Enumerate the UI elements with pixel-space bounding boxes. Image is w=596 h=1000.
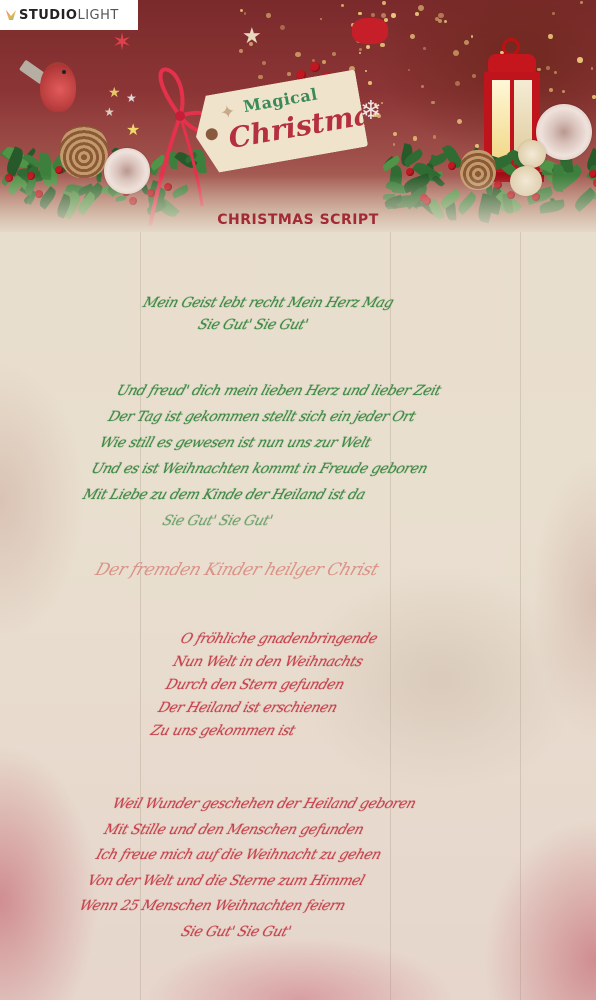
script-block-5: Weil Wunder geschehen der Heiland gebore… [67,792,419,945]
star-icon: ★ [104,106,115,118]
script-line: Durch den Stern gefunden [162,674,365,697]
script-line: Zu uns gekommen ist [147,720,350,743]
star-icon: ★ [126,92,137,104]
script-line: Mit Stille und den Menschen gefunden [100,818,411,844]
script-line: Ich freue mich auf die Weihnacht zu gehe… [92,843,403,869]
tag-hole [205,127,219,141]
script-line: Nun Welt in den Weihnachts [170,651,373,674]
berry-icon [310,62,320,72]
script-line: Der fremden Kinder heilger Christ [93,560,381,580]
script-block-3: Der fremden Kinder heilger Christ [93,560,381,580]
script-line: Mit Liebe zu dem Kinde der Heiland ist d… [79,482,422,508]
script-line: Der Heiland ist erschienen [155,697,358,720]
script-line: Und es ist Weihnachten kommt in Freude g… [88,456,431,482]
script-line: Sie Gut' Sie Gut' [133,314,389,336]
script-line: Mein Geist lebt recht Mein Herz Mag [140,292,396,314]
script-line: Wenn 25 Menschen Weihnachten feiern [75,894,386,920]
product-subtitle: Christmas script [0,212,596,228]
script-line: Und freud' dich mein lieben Herz und lie… [113,378,456,404]
star-icon: ★ [108,86,121,100]
ornament-icon [352,18,388,44]
star-icon: ✶ [112,30,132,54]
star-icon: ★ [126,122,140,138]
script-line: Sie Gut' Sie Gut' [67,920,378,946]
paper-plank-line [390,225,391,1000]
robin-bird-icon [20,58,80,118]
script-line: Sie Gut' Sie Gut' [71,508,414,534]
paper-plank-line [520,225,521,1000]
studiolight-logo: STUDIOLIGHT [0,0,138,30]
script-line: Weil Wunder geschehen der Heiland gebore… [109,792,420,818]
header-illustration: ✶ ★ ★ ★ ★ ★ ❄ [0,0,596,232]
product-image: ✶ ★ ★ ★ ★ ★ ❄ [0,0,596,1000]
script-line: Von der Welt und die Sterne zum Himmel [84,869,395,895]
script-block-4: O fröhliche gnadenbringende Nun Welt in … [147,628,380,743]
pine-cone-icon [60,126,108,178]
script-block-2: Und freud' dich mein lieben Herz und lie… [71,378,457,534]
studiolight-logo-icon [6,10,16,20]
star-icon: ★ [242,26,262,48]
script-block-1: Mein Geist lebt recht Mein Herz Mag Sie … [133,292,397,336]
script-line: Wie still es gewesen ist nun uns zur Wel… [96,430,439,456]
script-line: Der Tag ist gekommen stellt sich ein jed… [104,404,447,430]
wood-slice-icon [518,140,546,168]
script-line: O fröhliche gnadenbringende [177,628,380,651]
logo-text: STUDIOLIGHT [19,8,119,23]
